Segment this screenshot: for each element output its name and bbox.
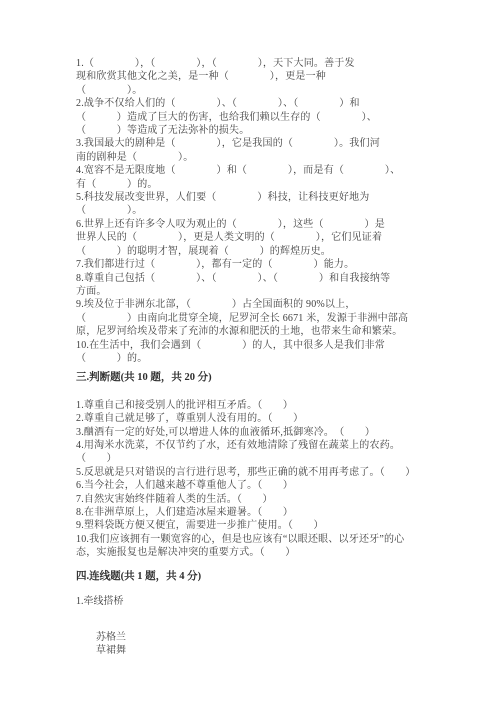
fill-question-3: 3.我国最大的剧种是（ ），它是我国的（ ）。我们河 南的剧种是（ ）。 — [76, 137, 438, 164]
judgment-section-heading: 三.判断题(共 10 题，共 20 分) — [76, 371, 438, 384]
page-content: 1.（ ），（ ），（ ），天下大同。善于发 现和欣赏其他文化之美，是一种（ ）… — [76, 57, 438, 671]
judgment-question-1: 1.尊重自己和接受别人的批评相互矛盾。（ ） — [76, 399, 438, 412]
matching-section-heading: 四.连线题(共 1 题，共 4 分) — [76, 570, 438, 583]
fill-question-9: 9.埃及位于非洲东北部，（ ）占全国面积的 90%以上， （ ）由南向北贯穿全境… — [76, 298, 438, 338]
judgment-question-7: 7.自然灾害始终伴随着人类的生活。（ ） — [76, 493, 438, 506]
judgment-question-8: 8.在非洲草原上，人们建造冰屋来避暑。（ ） — [76, 506, 438, 519]
judgment-section: 1.尊重自己和接受别人的批评相互矛盾。（ ） 2.尊重自己就足够了，尊重别人没有… — [76, 399, 438, 560]
matching-pair-row: 苏格兰 草裙舞 — [76, 617, 438, 671]
fill-question-5: 5.科技发展改变世界，人们要（ ）科技，让科技更好地为 （ ）。 — [76, 191, 438, 218]
judgment-question-6: 6.当今社会，人们越来越不尊重他人了。（ ） — [76, 479, 438, 492]
judgment-question-10: 10.我们应该拥有一颗宽容的心，但是也应该有“以眼还眼、以牙还牙”的心 态，实施… — [76, 533, 438, 560]
fill-question-6: 6.世界上还有许多令人叹为观止的（ ），这些（ ）是 世界人民的（ ），更是人类… — [76, 218, 438, 258]
matching-left-item: 苏格兰 — [96, 631, 197, 644]
judgment-question-3: 3.酗酒有一定的好处,可以增进人体的血液循环,抵御寒冷。 （ ） — [76, 426, 438, 439]
judgment-question-5: 5.反思就是只对错误的言行进行思考，那些正确的就不用再考虑了。（ ） — [76, 466, 438, 479]
judgment-question-4: 4.用淘米水洗菜，不仅节约了水，还有效地清除了残留在蔬菜上的农药。 （ ） — [76, 439, 438, 466]
judgment-question-9: 9.塑料袋既方便又便宜，需要进一步推广使用。（ ） — [76, 519, 438, 532]
fill-question-1: 1.（ ），（ ），（ ），天下大同。善于发 现和欣赏其他文化之美，是一种（ ）… — [76, 57, 438, 97]
fill-question-2: 2.战争不仅给人们的（ ）、（ ）、（ ）和 （ ）造成了巨大的伤害，也给我们赖… — [76, 97, 438, 137]
fill-question-4: 4.宽容不是无限度地（ ）和（ ），而是有（ ）、 有（ ）的。 — [76, 164, 438, 191]
fill-question-7: 7.我们都进行过（ ），都有一定的（ ）能力。 — [76, 258, 438, 271]
matching-subtitle: 1.牵线搭桥 — [76, 595, 438, 608]
judgment-question-2: 2.尊重自己就足够了，尊重别人没有用的。（ ） — [76, 412, 438, 425]
exam-paper-page: 1.（ ），（ ），（ ），天下大同。善于发 现和欣赏其他文化之美，是一种（ ）… — [0, 0, 500, 707]
matching-right-item: 草裙舞 — [96, 644, 126, 657]
fill-in-section: 1.（ ），（ ），（ ），天下大同。善于发 现和欣赏其他文化之美，是一种（ ）… — [76, 57, 438, 365]
matching-section: 1.牵线搭桥 苏格兰 草裙舞 — [76, 595, 438, 671]
fill-question-8: 8.尊重自己包括（ ）、（ ）、（ ）和自我接纳等 方面。 — [76, 272, 438, 299]
fill-question-10: 10.在生活中，我们会遇到（ ）的人，其中很多人是我们非常 （ ）的。 — [76, 339, 438, 366]
